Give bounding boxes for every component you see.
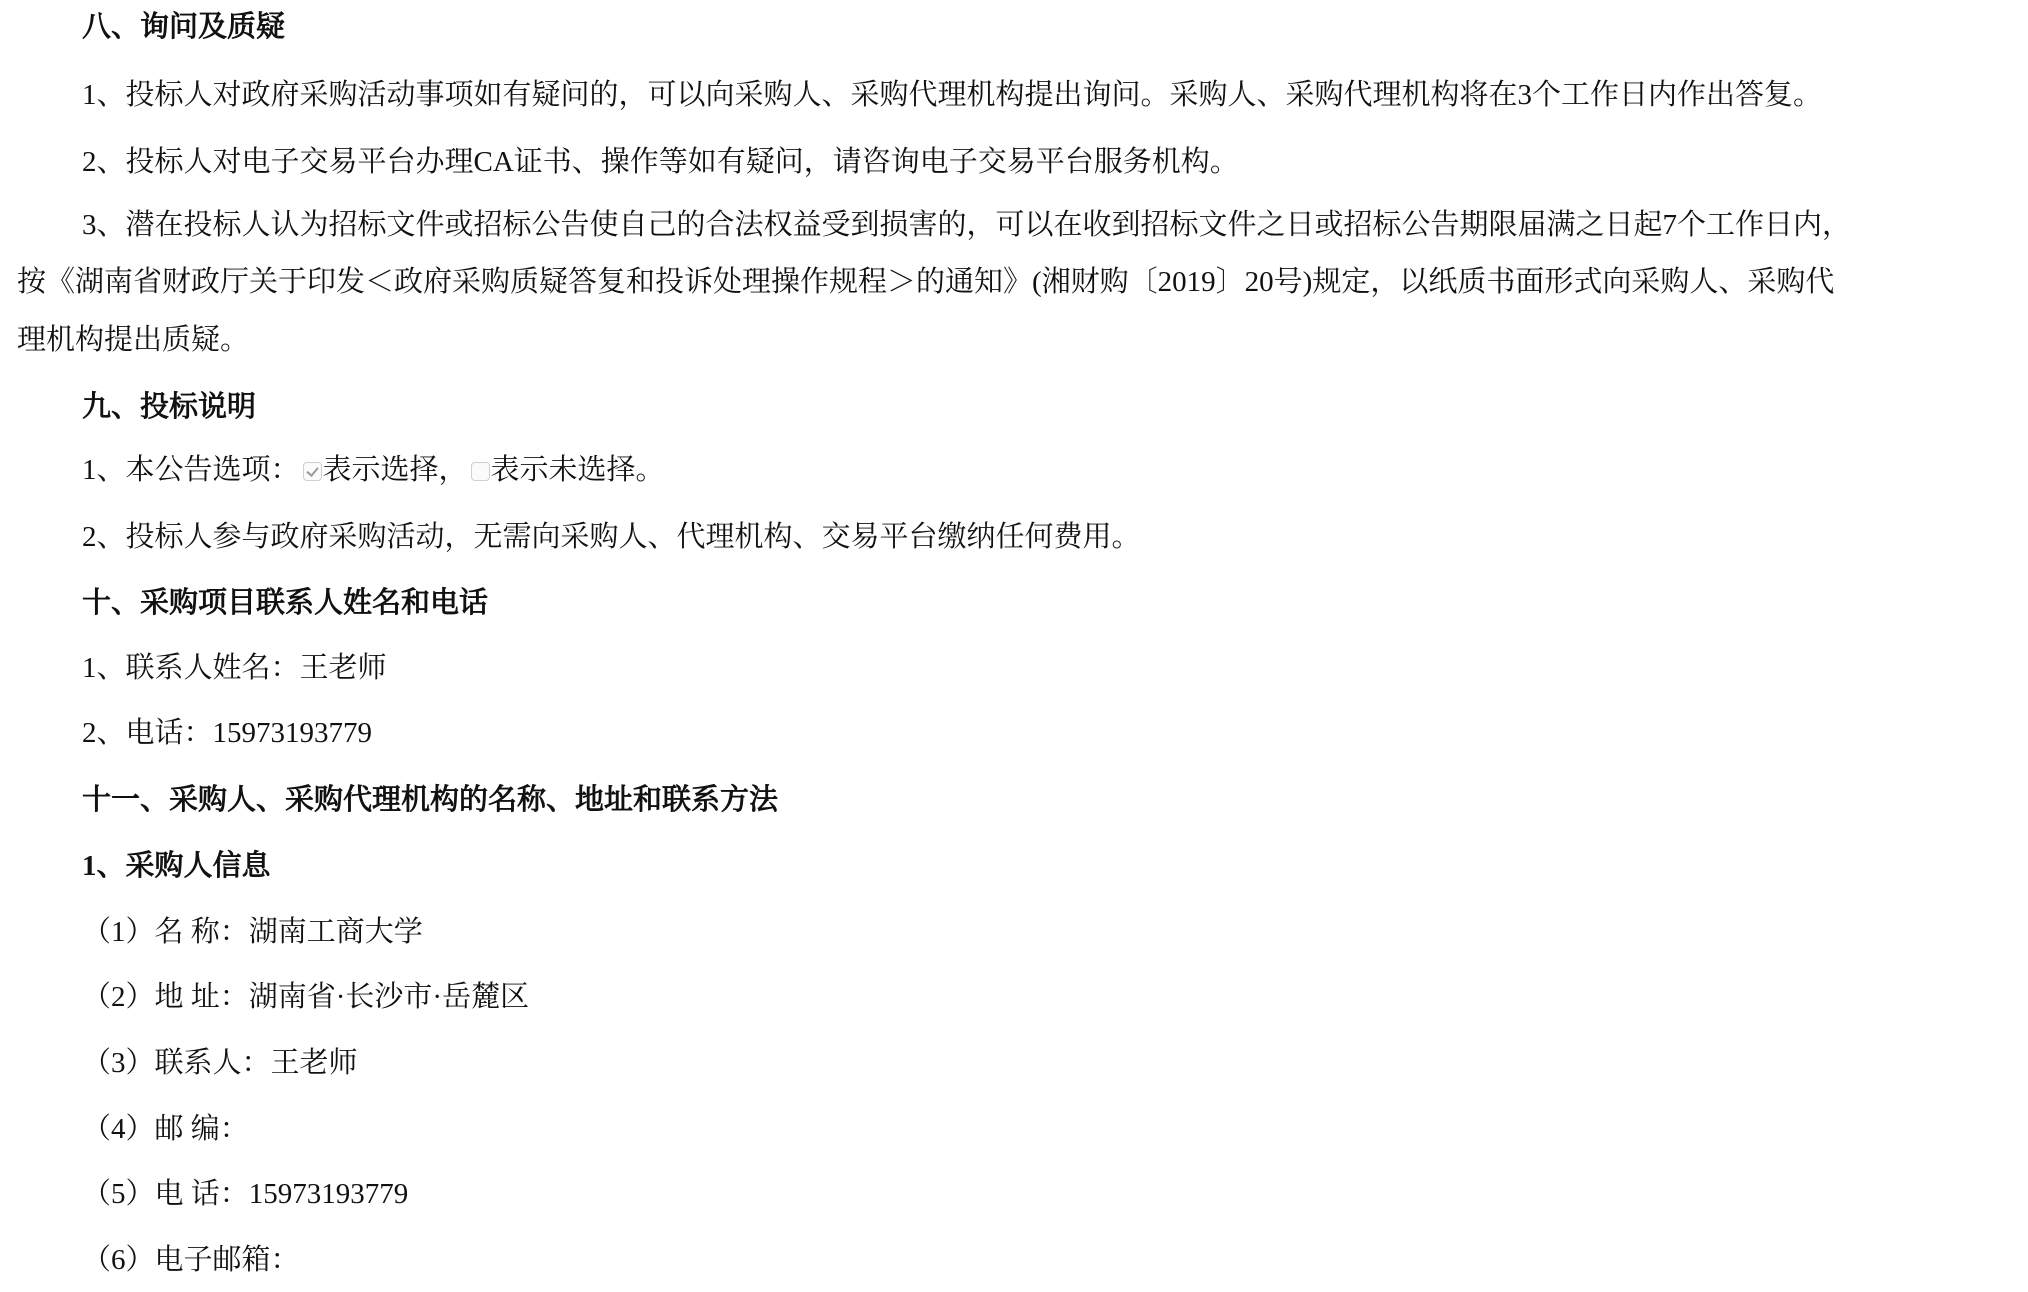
section-8-item-3-line-1: 3、潜在投标人认为招标文件或招标公告使自己的合法权益受到损害的，可以在收到招标文…: [82, 205, 1851, 245]
purchaser-postcode: （4）邮 编：: [82, 1109, 249, 1149]
section-8-item-3-line-2: 按《湖南省财政厅关于印发＜政府采购质疑答复和投诉处理操作规程＞的通知》(湘财购〔…: [17, 262, 1834, 302]
section-9-item-1: 1、本公告选项：表示选择，表示未选择。: [82, 450, 665, 490]
unchecked-checkbox-icon: [471, 462, 490, 481]
purchaser-address: （2）地 址：湖南省·长沙市·岳麓区: [82, 977, 529, 1017]
section-8-item-3-line-3: 理机构提出质疑。: [17, 320, 249, 360]
checked-label: 表示选择，: [323, 454, 468, 486]
section-10-heading: 十、采购项目联系人姓名和电话: [82, 583, 488, 623]
section-9-item-2: 2、投标人参与政府采购活动，无需向采购人、代理机构、交易平台缴纳任何费用。: [82, 517, 1141, 557]
checked-checkbox-icon: [303, 462, 322, 481]
options-prefix: 1、本公告选项：: [82, 454, 300, 486]
section-11-heading: 十一、采购人、采购代理机构的名称、地址和联系方法: [82, 780, 778, 820]
section-9-heading: 九、投标说明: [82, 387, 256, 427]
purchaser-contact: （3）联系人：王老师: [82, 1043, 358, 1083]
purchaser-info-heading: 1、采购人信息: [82, 846, 271, 886]
purchaser-phone: （5）电 话：15973193779: [82, 1174, 408, 1214]
contact-phone: 2、电话：15973193779: [82, 713, 372, 753]
section-8-item-1: 1、投标人对政府采购活动事项如有疑问的，可以向采购人、采购代理机构提出询问。采购…: [82, 75, 1822, 115]
section-8-item-2: 2、投标人对电子交易平台办理CA证书、操作等如有疑问，请咨询电子交易平台服务机构…: [82, 142, 1239, 182]
purchaser-name: （1）名 称：湖南工商大学: [82, 912, 423, 952]
contact-name: 1、联系人姓名：王老师: [82, 648, 387, 688]
unchecked-label: 表示未选择。: [491, 454, 665, 486]
purchaser-email: （6）电子邮箱：: [82, 1240, 300, 1280]
section-8-heading: 八、询问及质疑: [82, 7, 285, 47]
